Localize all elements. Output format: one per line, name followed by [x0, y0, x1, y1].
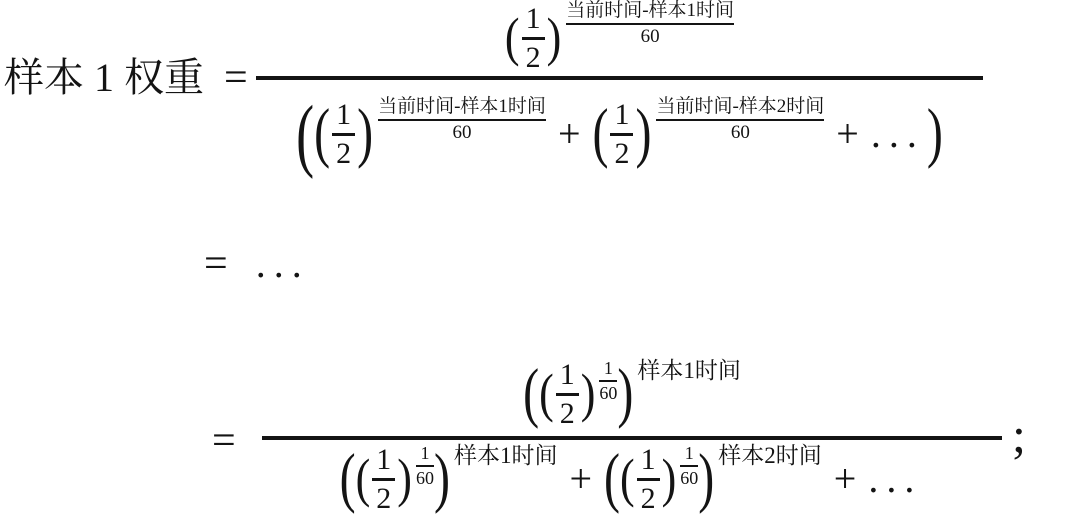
plus-sign: + [836, 114, 859, 154]
fraction-bar [599, 380, 617, 382]
one-half-fraction: 1 2 [332, 100, 355, 169]
half-numerator: 1 [637, 445, 660, 475]
exponent-denominator: 60 [731, 122, 750, 144]
line1-denominator: ( ( 1 2 ) 当前时间-样本1时间 60 + ( 1 [256, 80, 983, 188]
close-paren: ) [357, 101, 373, 167]
equals-sign: = [212, 420, 236, 462]
line1-left-hand-side: 样本 1 权重 = [4, 57, 248, 99]
ellipsis: ... [868, 459, 922, 499]
fraction-bar [332, 133, 355, 136]
exponent-numerator: 1 [604, 358, 613, 379]
half-numerator: 1 [556, 360, 579, 390]
half-numerator: 1 [372, 445, 395, 475]
exponent-numerator: 1 [685, 443, 694, 464]
outer-open-paren: ( [296, 93, 314, 175]
half-numerator: 1 [332, 100, 355, 130]
half-power-term: ( 1 2 ) 当前时间-样本2时间 60 [593, 100, 825, 169]
fraction-bar [656, 119, 824, 121]
exponent-denominator: 60 [599, 383, 617, 404]
open-paren: ( [505, 11, 520, 65]
inner-exponent-fraction: 1 60 [416, 443, 434, 488]
close-paren: ) [662, 452, 677, 506]
outer-exponent-label: 样本2时间 [718, 444, 822, 467]
ellipsis: ... [871, 114, 925, 154]
exponent-fraction: 当前时间-样本1时间 60 [378, 96, 546, 144]
fraction-bar [556, 393, 579, 396]
line3-main-fraction: ( ( 1 2 ) 1 60 ) 样本1时间 ( [262, 352, 1002, 518]
fraction-bar [680, 465, 698, 467]
plus-sign: + [558, 114, 581, 154]
exponent-numerator: 当前时间-样本1时间 [378, 96, 546, 118]
fraction-bar [416, 465, 434, 467]
line3-numerator: ( ( 1 2 ) 1 60 ) 样本1时间 [262, 352, 1002, 436]
inner-exponent-fraction: 1 60 [680, 443, 698, 488]
close-paren: ) [547, 11, 562, 65]
fraction-bar [566, 23, 734, 25]
plus-sign: + [834, 459, 857, 499]
half-denominator: 2 [522, 43, 545, 73]
equals-sign: = [224, 57, 248, 99]
half-denominator: 2 [610, 139, 633, 169]
ellipsis: ... [256, 244, 310, 284]
close-paren: ) [635, 101, 651, 167]
exponent-fraction: 当前时间-样本2时间 60 [656, 96, 824, 144]
equals-sign: = [204, 243, 228, 285]
fraction-bar [372, 478, 395, 481]
fraction-bar [637, 478, 660, 481]
open-paren: ( [314, 101, 330, 167]
outer-close-paren: ) [617, 361, 633, 427]
outer-exponent-label: 样本1时间 [454, 444, 558, 467]
half-denominator: 2 [637, 484, 660, 514]
exponent-denominator: 60 [416, 468, 434, 489]
one-half-fraction: 1 2 [556, 360, 579, 429]
exponent-numerator: 当前时间-样本2时间 [656, 96, 824, 118]
outer-open-paren: ( [604, 446, 620, 512]
open-paren: ( [356, 452, 371, 506]
outer-close-paren: ) [698, 446, 714, 512]
exponent-numerator: 1 [420, 443, 429, 464]
half-numerator: 1 [610, 100, 633, 130]
line1-numerator: ( 1 2 ) 当前时间-样本1时间 60 [256, 0, 983, 76]
open-paren: ( [593, 101, 609, 167]
close-paren: ) [397, 452, 412, 506]
open-paren: ( [620, 452, 635, 506]
half-denominator: 2 [372, 484, 395, 514]
outer-close-paren: ) [434, 446, 450, 512]
one-half-fraction: 1 2 [372, 445, 395, 514]
half-denominator: 2 [556, 399, 579, 429]
exponent-denominator: 60 [453, 122, 472, 144]
half-root-power-term: ( ( 1 2 ) 1 60 ) 样本1时间 [523, 360, 741, 429]
outer-open-paren: ( [523, 361, 539, 427]
fraction-bar [378, 119, 546, 121]
close-paren: ) [581, 367, 596, 421]
exponent-fraction: 当前时间-样本1时间 60 [566, 0, 734, 48]
line3-denominator: ( ( 1 2 ) 1 60 ) 样本1时间 + ( ( [262, 440, 1002, 518]
inner-exponent-fraction: 1 60 [599, 358, 617, 403]
half-denominator: 2 [332, 139, 355, 169]
outer-open-paren: ( [340, 446, 356, 512]
exponent-numerator: 当前时间-样本1时间 [566, 0, 734, 22]
half-power-term: ( 1 2 ) 当前时间-样本1时间 60 [505, 4, 734, 73]
one-half-fraction: 1 2 [637, 445, 660, 514]
semicolon: ; [1012, 410, 1026, 460]
outer-close-paren: ) [927, 101, 943, 167]
one-half-fraction: 1 2 [522, 4, 545, 73]
line1-main-fraction: ( 1 2 ) 当前时间-样本1时间 60 ( ( 1 [256, 0, 983, 188]
exponent-denominator: 60 [680, 468, 698, 489]
half-numerator: 1 [522, 4, 545, 34]
exponent-denominator: 60 [641, 26, 660, 48]
half-root-power-term: ( ( 1 2 ) 1 60 ) 样本2时间 [604, 445, 822, 514]
half-power-term: ( 1 2 ) 当前时间-样本1时间 60 [314, 100, 546, 169]
fraction-bar [610, 133, 633, 136]
half-root-power-term: ( ( 1 2 ) 1 60 ) 样本1时间 [340, 445, 558, 514]
open-paren: ( [539, 367, 554, 421]
fraction-bar [522, 37, 545, 40]
one-half-fraction: 1 2 [610, 100, 633, 169]
plus-sign: + [569, 459, 592, 499]
line2-ellipsis-step: = ... [204, 243, 312, 285]
sample1-weight-label: 样本 1 权重 [4, 58, 204, 98]
outer-exponent-label: 样本1时间 [637, 359, 741, 382]
